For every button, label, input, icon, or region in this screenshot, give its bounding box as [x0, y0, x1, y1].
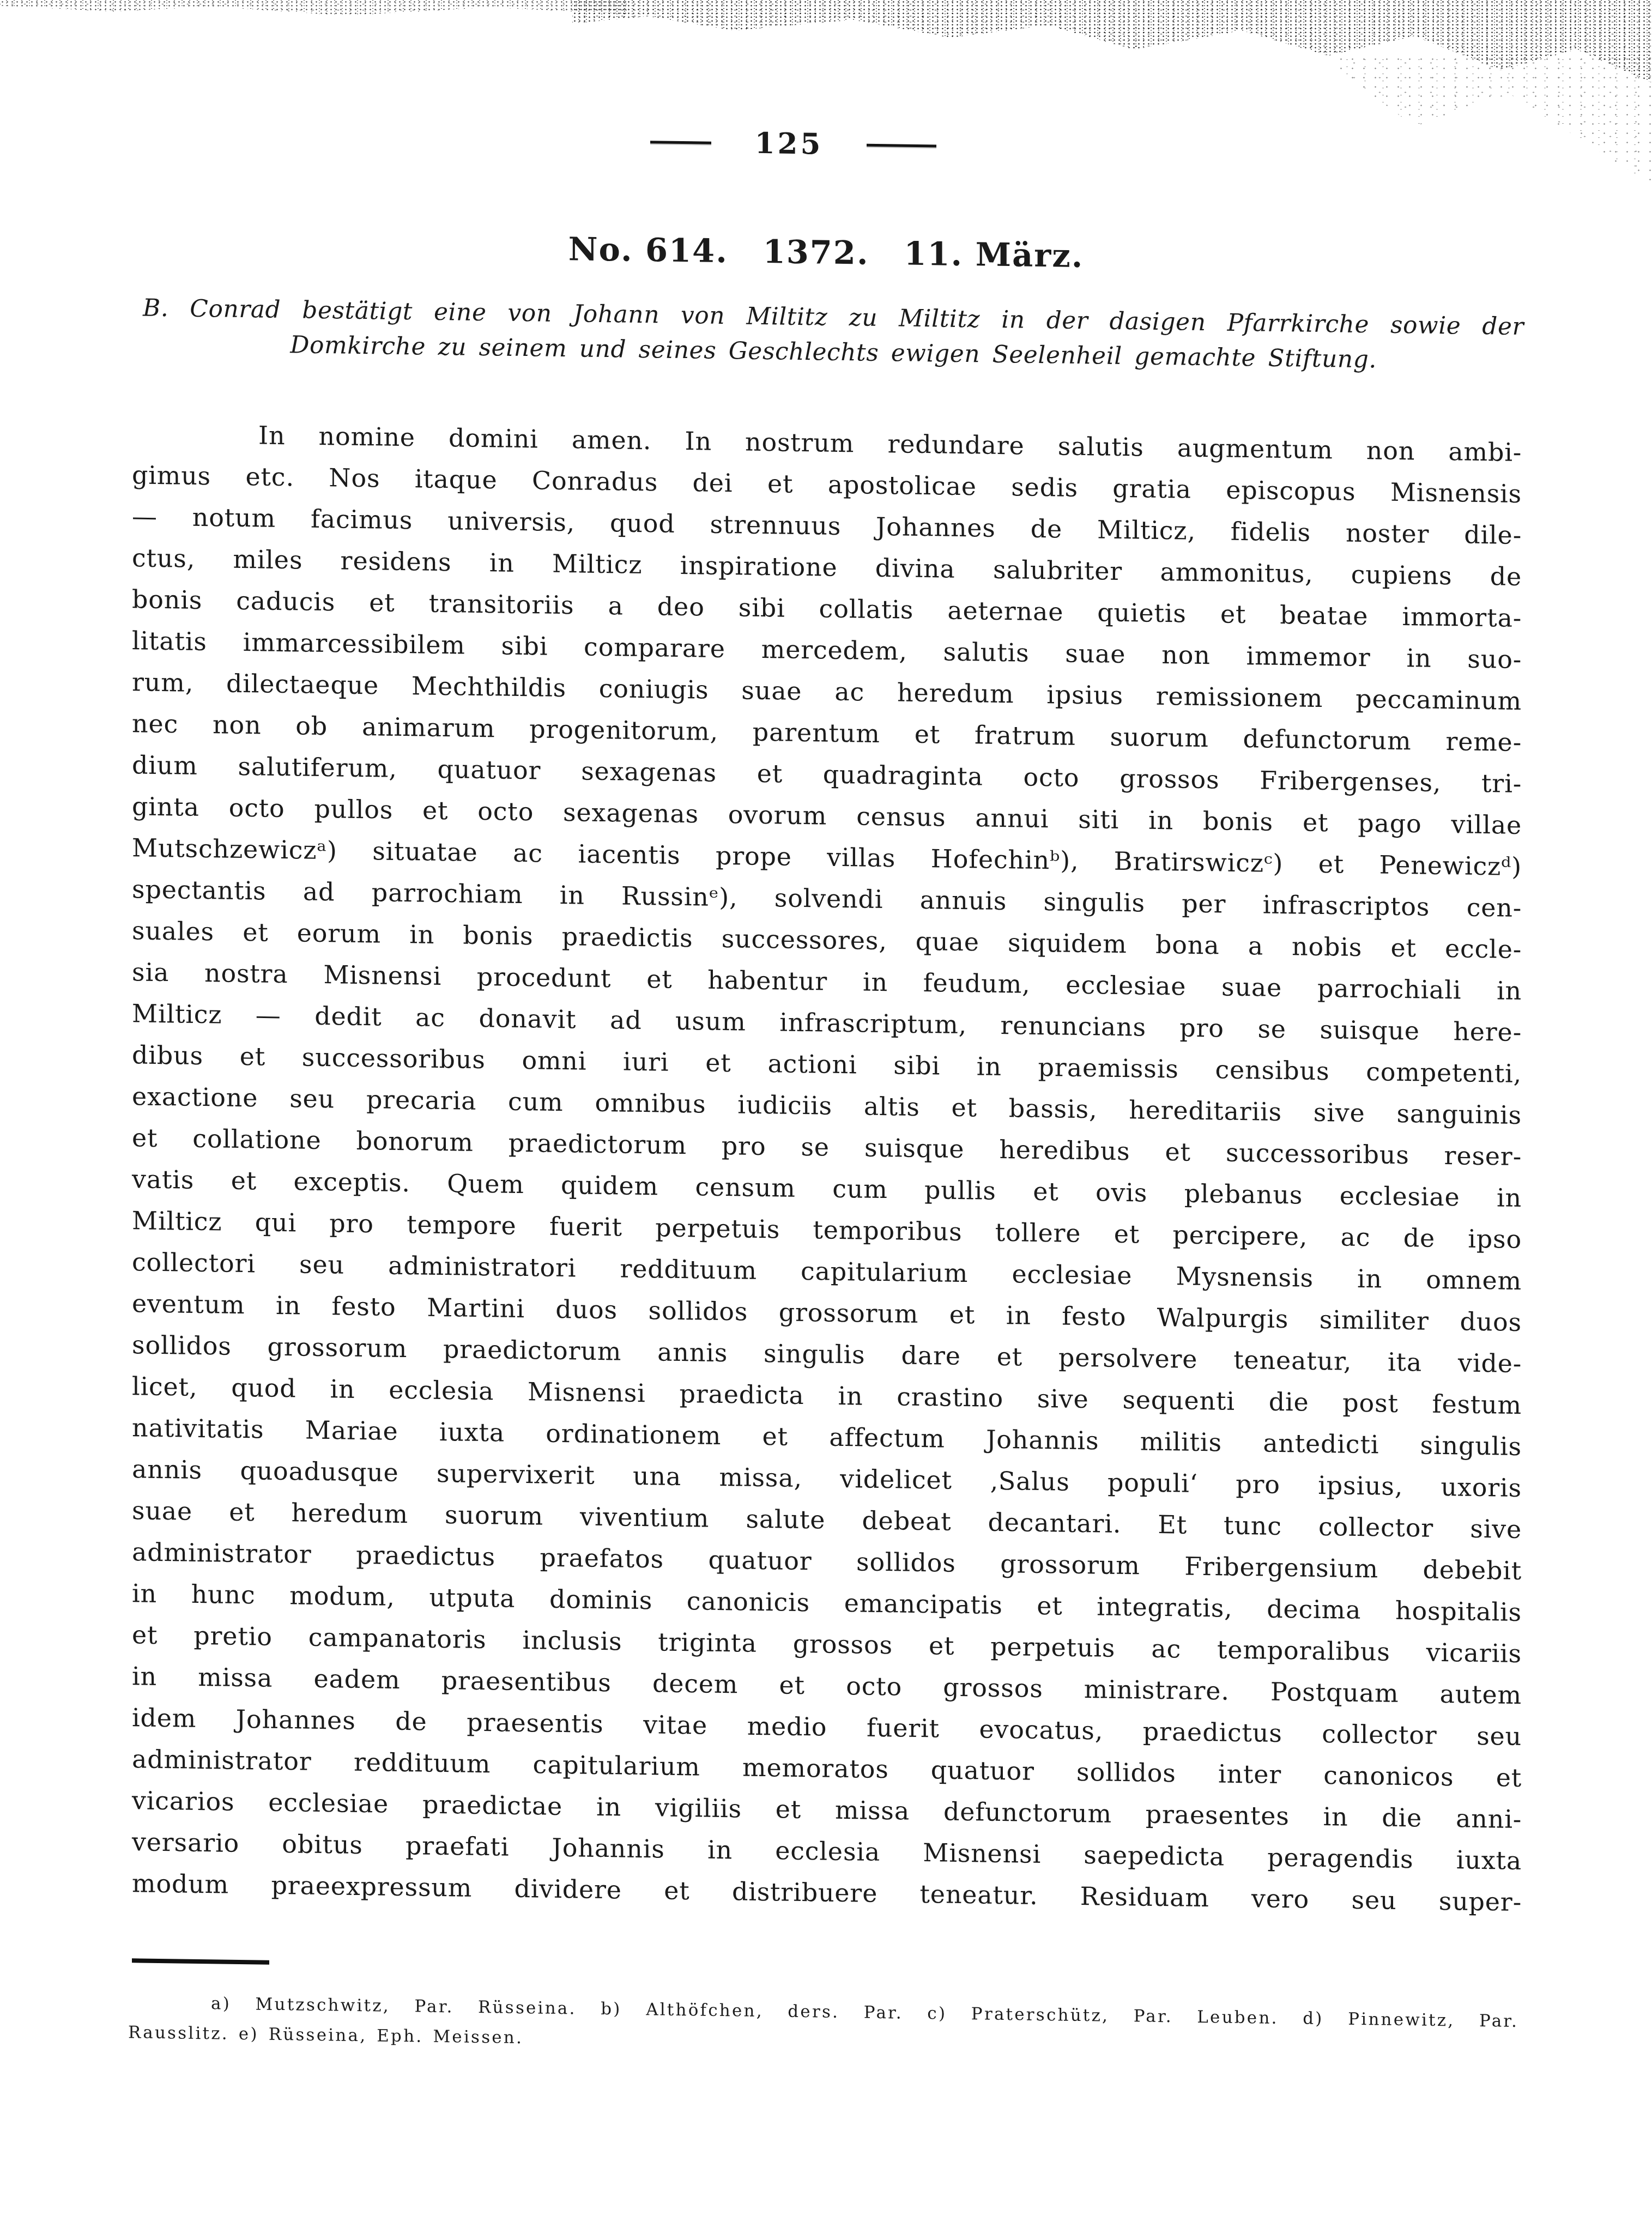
page-number-right-rule: [867, 144, 936, 148]
page-content: 125 No. 614. 1372. 11. März. B. Conrad b…: [0, 0, 1652, 2068]
charter-heading: No. 614. 1372. 11. März.: [0, 225, 1652, 280]
scanned-book-page: 125 No. 614. 1372. 11. März. B. Conrad b…: [0, 0, 1652, 2216]
charter-date: 11. März.: [904, 238, 1084, 272]
charter-year: 1372.: [763, 235, 869, 269]
page-number-row: 125: [0, 119, 1587, 169]
regest-summary: B. Conrad bestätigt eine von Johann von …: [143, 291, 1524, 379]
footnotes: a) Mutzschwitz, Par. Rüsseina. b) Althöf…: [128, 1988, 1518, 2067]
page-number: 125: [755, 129, 824, 159]
charter-number: No. 614.: [568, 233, 728, 267]
page-number-left-rule: [650, 141, 711, 144]
footnote-separator-rule: [132, 1958, 269, 1964]
charter-body-text: In nomine domini amen. In nostrum redund…: [132, 413, 1522, 1923]
